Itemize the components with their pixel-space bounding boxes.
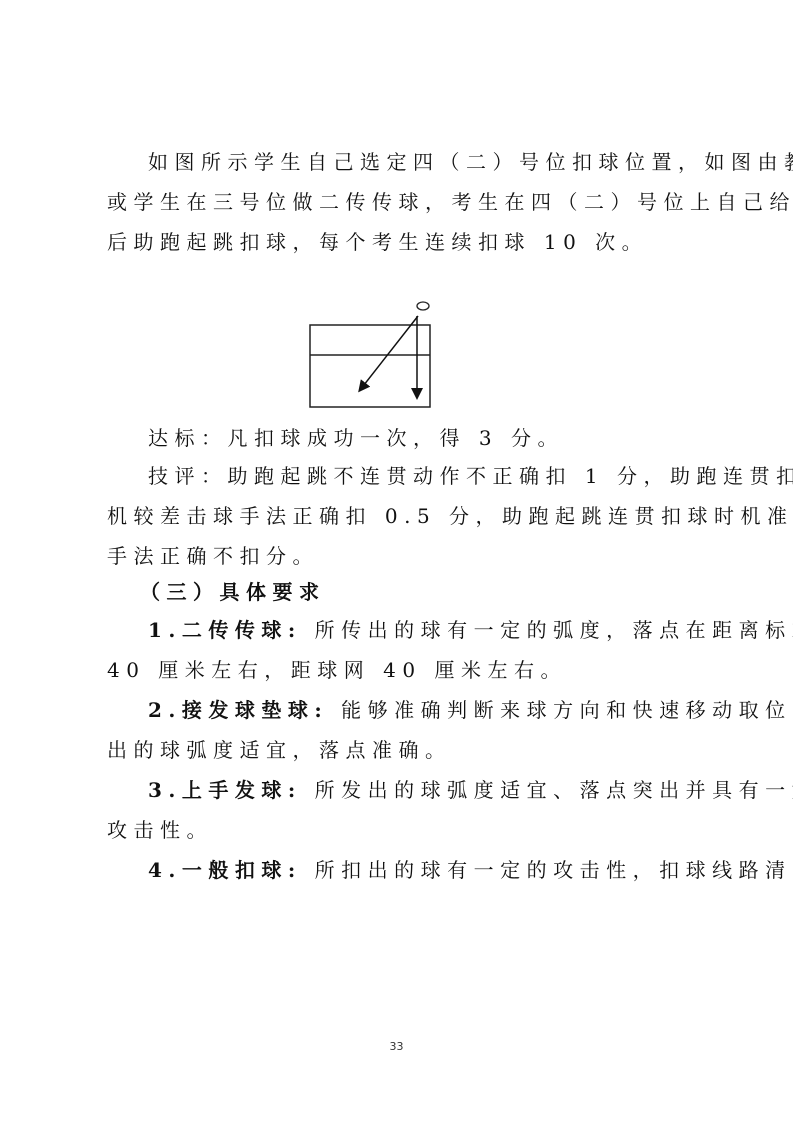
text-line: 攻击性。 <box>107 816 691 844</box>
ball-icon <box>417 302 429 310</box>
text-line: 机较差击球手法正确扣 0.5 分，助跑起跳连贯扣球时机准确击球 <box>107 502 691 530</box>
text-line: 40 厘米左右，距球网 40 厘米左右。 <box>107 656 691 684</box>
requirement-text: 所发出的球弧度适宜、落点突出并具有一定的 <box>302 778 793 802</box>
requirement-text: 所扣出的球有一定的攻击性，扣球线路清晰。 <box>302 858 793 882</box>
requirement-label: 3.上手发球: <box>148 778 302 802</box>
text-line: 出的球弧度适宜，落点准确。 <box>107 736 691 764</box>
diagonal-arrow-icon <box>360 316 418 390</box>
requirement-text: 所传出的球有一定的弧度，落点在距离标志杆 <box>302 618 793 642</box>
section-heading: （三）具体要求 <box>140 578 683 606</box>
page-number: 33 <box>0 1040 793 1053</box>
text-line: 手法正确不扣分。 <box>107 542 691 570</box>
text-line: 如图所示学生自己选定四（二）号位扣球位置，如图由教师 <box>148 148 691 176</box>
text-line: 技评：助跑起跳不连贯动作不正确扣 1 分，助跑连贯扣球时 <box>148 462 691 490</box>
standard-text: 达标：凡扣球成功一次，得 3 分。 <box>148 424 691 452</box>
requirement-label: 4.一般扣球: <box>148 858 302 882</box>
requirement-label: 2.接发球垫球: <box>148 698 328 722</box>
requirement-label: 1.二传传球: <box>148 618 302 642</box>
text-line: 或学生在三号位做二传传球，考生在四（二）号位上自己给一传 <box>107 188 691 216</box>
court-diagram <box>300 295 450 420</box>
text-line: 后助跑起跳扣球，每个考生连续扣球 10 次。 <box>107 228 691 256</box>
requirement-text: 能够准确判断来球方向和快速移动取位，垫 <box>328 698 793 722</box>
court-rectangle <box>310 325 430 407</box>
